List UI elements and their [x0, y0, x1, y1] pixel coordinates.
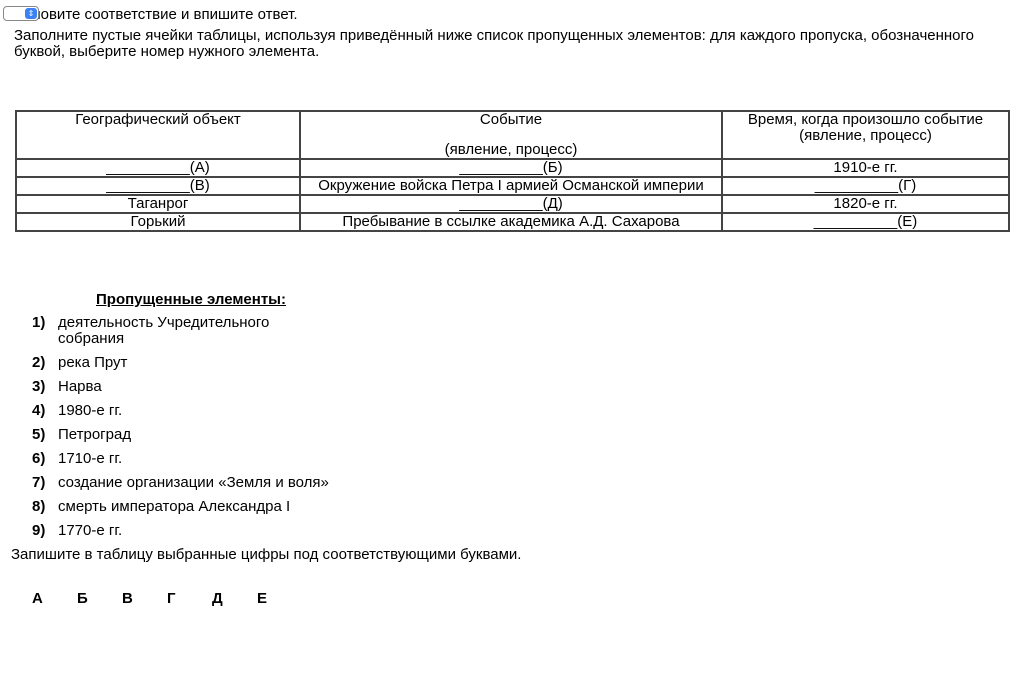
answer-select[interactable]: ⇕: [3, 6, 39, 21]
list-item: 6)1710-е гг.: [32, 451, 332, 467]
table-row: __________(А) __________(Б) 1910-е гг.: [16, 159, 1009, 177]
letter-g: Г: [167, 590, 212, 607]
cell: 1910-е гг.: [722, 159, 1009, 177]
list-item: 4)1980-е гг.: [32, 403, 332, 419]
item-number: 6): [32, 451, 58, 467]
item-text: 1770-е гг.: [58, 523, 122, 539]
item-number: 1): [32, 315, 58, 347]
item-text: создание организации «Земля и воля»: [58, 475, 329, 491]
list-item: 3)Нарва: [32, 379, 332, 395]
header-geo: Географический объект: [16, 111, 300, 159]
cell: __________(Б): [300, 159, 722, 177]
header-event-line1: Событие: [303, 112, 719, 128]
letter-d: Д: [212, 590, 257, 607]
header-event-line2: (явление, процесс): [303, 142, 719, 158]
item-text: Петроград: [58, 427, 131, 443]
item-text: деятельность Учредительного собрания: [58, 315, 332, 347]
letter-v: В: [122, 590, 167, 607]
answer-letters: А Б В Г Д Е: [32, 590, 302, 607]
item-text: 1710-е гг.: [58, 451, 122, 467]
item-number: 2): [32, 355, 58, 371]
cell: __________(Е): [722, 213, 1009, 231]
cell: Пребывание в ссылке академика А.Д. Сахар…: [300, 213, 722, 231]
matching-table: Географический объект Событие(явление, п…: [15, 110, 1010, 232]
list-item: 5)Петроград: [32, 427, 332, 443]
table-row: __________(В) Окружение войска Петра I а…: [16, 177, 1009, 195]
cell: __________(В): [16, 177, 300, 195]
table-row: Таганрог __________(Д) 1820-е гг.: [16, 195, 1009, 213]
item-number: 9): [32, 523, 58, 539]
header-event: Событие(явление, процесс): [300, 111, 722, 159]
chevron-updown-icon: ⇕: [25, 8, 37, 19]
item-text: 1980-е гг.: [58, 403, 122, 419]
item-text: река Прут: [58, 355, 127, 371]
table-header-row: Географический объект Событие(явление, п…: [16, 111, 1009, 159]
item-text: Нарва: [58, 379, 102, 395]
missing-elements-list: 1)деятельность Учредительного собрания 2…: [32, 315, 332, 547]
header-time: Время, когда произошло событие (явление,…: [722, 111, 1009, 159]
cell: __________(Д): [300, 195, 722, 213]
cell: Окружение войска Петра I армией Османско…: [300, 177, 722, 195]
instruction: ановите соответствие и впишите ответ.: [24, 6, 298, 24]
cell: Горький: [16, 213, 300, 231]
item-text: смерть императора Александра I: [58, 499, 290, 515]
list-item: 1)деятельность Учредительного собрания: [32, 315, 332, 347]
write-instruction: Запишите в таблицу выбранные цифры под с…: [11, 546, 521, 563]
cell: __________(А): [16, 159, 300, 177]
cell: Таганрог: [16, 195, 300, 213]
cell: __________(Г): [722, 177, 1009, 195]
item-number: 5): [32, 427, 58, 443]
table-row: Горький Пребывание в ссылке академика А.…: [16, 213, 1009, 231]
list-item: 2)река Прут: [32, 355, 332, 371]
letter-e: Е: [257, 590, 302, 607]
list-item: 7)создание организации «Земля и воля»: [32, 475, 332, 491]
item-number: 8): [32, 499, 58, 515]
letter-b: Б: [77, 590, 122, 607]
list-item: 9)1770-е гг.: [32, 523, 332, 539]
task-description: Заполните пустые ячейки таблицы, использ…: [14, 28, 994, 60]
missing-elements-title: Пропущенные элементы:: [96, 291, 286, 308]
letter-a: А: [32, 590, 77, 607]
item-number: 3): [32, 379, 58, 395]
list-item: 8)смерть императора Александра I: [32, 499, 332, 515]
item-number: 7): [32, 475, 58, 491]
item-number: 4): [32, 403, 58, 419]
cell: 1820-е гг.: [722, 195, 1009, 213]
